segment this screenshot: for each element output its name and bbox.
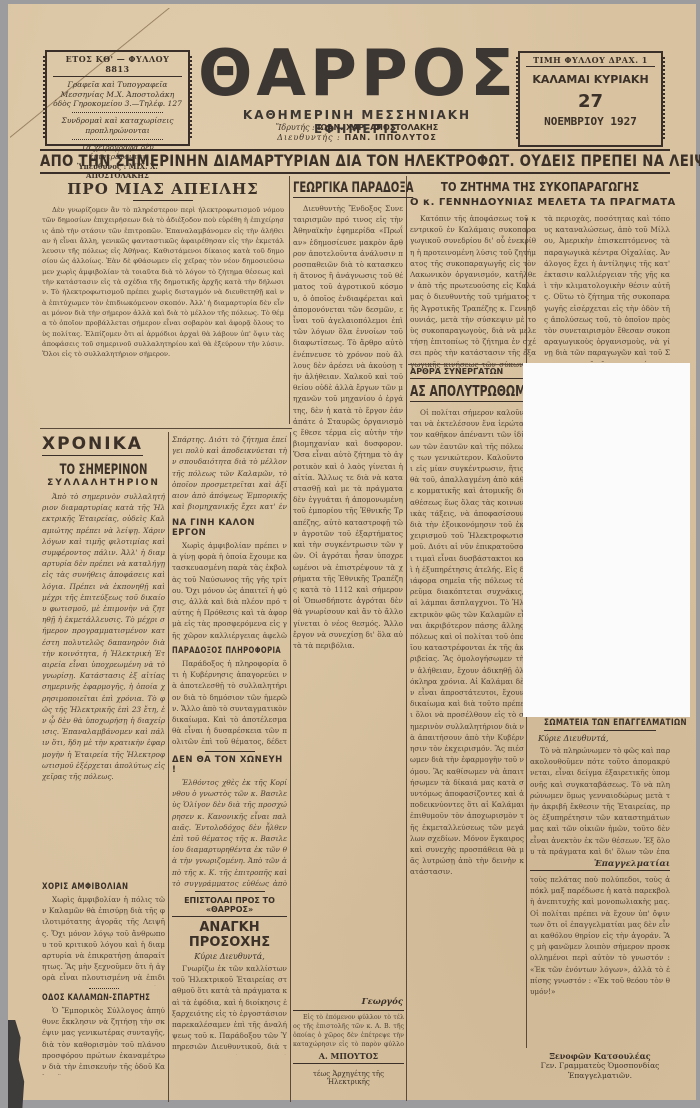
article-body: Ἀπὸ τὸ σημερινὸν συλλαλητήριον διαμαρτυρ… <box>42 491 165 876</box>
article-body: Ὁ Ἔμπορικὸς Σύλλογος ἀπηύθυνε ἔκκλησιν ν… <box>42 1005 165 1075</box>
founder-label: Ἵδρυτής : <box>276 123 315 132</box>
letter-signature-title: τέως Ἀρχηγέτης τῆς Ἠλεκτρικῆς <box>293 1070 404 1086</box>
letter-signature: Α. ΜΠΟΥΤΟΣ <box>293 1051 404 1061</box>
article-headline: ΠΑΡΑΔΟΞΟΣ ΠΛΗΡΟΦΟΡΙΑ <box>172 646 264 656</box>
divider <box>89 988 119 989</box>
article-headline: ΔΕΝ ΘΑ ΤΟΝ ΧΩΝΕΥΗ ! <box>172 755 287 775</box>
notice-text: Εἰς τὸ ἐπόμενον φύλλον τὸ τέλος τῆς ἐπισ… <box>293 1013 404 1051</box>
divider <box>133 200 193 201</box>
issue-number: ΕΤΟΣ ΚΘ' — ΦΥΛΛΟΥ 8813 <box>53 54 182 77</box>
newspaper-title: ΘΑΡΡΟΣ <box>198 42 516 106</box>
article-headline: ΝΑ ΓΙΝΗ ΚΑΛΟΝ ΕΡΓΟΝ <box>172 518 287 538</box>
price: ΤΙΜΗ ΦΥΛΛΟΥ ΔΡΑΧ. 1 <box>526 55 655 67</box>
banner-headline: ΑΠΟ ΤΗΝ ΣΗΜΕΡΙΝΗΝ ΔΙΑΜΑΡΤΥΡΙΑΝ ΔΙΑ ΤΟΝ Η… <box>40 152 670 170</box>
founder-name: ΙΩΑΝ. ΧΑΡ. ΑΠΟΣΤΟΛΑΚΗΣ <box>318 123 439 132</box>
ear-line: ὁδὸς Γηροκομείου 3.—Τηλέφ. 127 <box>53 99 182 109</box>
article-headline: ΑΣ ΑΠΟΛΥΤΡΩΘΩΜΕΝ <box>410 382 522 402</box>
place-weekday: ΚΑΛΑΜΑΙ ΚΥΡΙΑΚΗ <box>526 73 655 87</box>
masthead-left-ear: ΕΤΟΣ ΚΘ' — ΦΥΛΛΟΥ 8813 Γραφεῖα καὶ Τυπογ… <box>45 50 190 146</box>
article-body: Δὲν γνωρίζομεν ἂν τὸ πληρέστερον περὶ ἠλ… <box>42 205 284 429</box>
article-headline: ΠΡΟ ΜΙΑΣ ΑΠΕΙΛΗΣ <box>42 180 284 198</box>
column-rule <box>290 432 291 1102</box>
middle-column: Σπάρτης. Διότι τὸ ζήτημα ἐπείγει πολὺ κα… <box>172 434 287 1055</box>
article-colleagues: ΑΡΘΡΑ ΣΥΝΕΡΓΑΤΩΝ ΑΣ ΑΠΟΛΥΤΡΩΘΩΜΕΝ Οἱ πολ… <box>410 367 524 1107</box>
date-day: 27 <box>526 90 655 113</box>
article-kicker: ΕΠΙΣΤΟΛΑΙ ΠΡΟΣ ΤΟ «ΘΑΡΡΟΣ» <box>172 896 287 914</box>
article-body: Διευθυντὴς Ἔνδοξος Συνεταιρισμῶν πρό τιν… <box>293 203 403 995</box>
article-professionals: ΣΩΜΑΤΕΙΑ ΤΩΝ ΕΠΑΓΓΕΛΜΑΤΙΩΝ Κύριε Διευθυν… <box>530 718 670 1081</box>
letter-salutation: Κύριε Διευθυντά, <box>538 734 670 743</box>
article-farm: ΓΕΩΡΓΙΚΑ ΠΑΡΑΔΟΞΑ Διευθυντὴς Ἔνδοξος Συν… <box>293 180 403 1007</box>
blank-paper-patch <box>523 363 690 717</box>
section-title: ΧΡΟΝΙΚΑ <box>42 434 165 456</box>
column-rule <box>289 176 290 424</box>
article-body: Παράδοξος ἡ πληροφορία ὅτι ἡ Κυβέρνησις … <box>172 658 287 748</box>
divider <box>205 751 255 752</box>
article-headline: ΣΩΜΑΤΕΙΑ ΤΩΝ ΕΠΑΓΓΕΛΜΑΤΙΩΝ <box>544 718 656 731</box>
article-kicker: ΑΡΘΡΑ ΣΥΝΕΡΓΑΤΩΝ <box>410 367 524 376</box>
article-columns: Κατόπιν τῆς ἀποφάσεως τοῦ κεντρικοῦ ἐν Κ… <box>410 213 670 371</box>
director-name: ΠΑΝ. ΙΠΠΟΛΥΤΟΣ <box>345 133 437 142</box>
article-body: Οἱ πολίται σήμερον καλοῦνται νὰ ἐκτελέσο… <box>410 407 524 1107</box>
article-headline: ΤΟ ΖΗΤΗΜΑ ΤΗΣ ΣΥΚΟΠΑΡΑΓΩΓΗΣ <box>430 180 651 194</box>
ear-line: Συνδρομαὶ καὶ καταχωρίσεις <box>53 116 182 126</box>
divider <box>172 916 287 917</box>
divider <box>195 891 265 892</box>
notice-box: Εἰς τὸ ἐπόμενον φύλλον τὸ τέλος τῆς ἐπισ… <box>293 1010 404 1064</box>
article-subheadline: ΣΥΛΛΑΛΗΤΗΡΙΟΝ <box>42 478 165 488</box>
ear-line: Γραφεῖα καὶ Τυπογραφεῖα <box>53 80 182 90</box>
founder-line: Ἵδρυτής : ΙΩΑΝ. ΧΑΡ. ΑΠΟΣΤΟΛΑΚΗΣ <box>198 123 516 132</box>
article-headline: ΧΟΡΙΣ ΑΜΦΙΒΟΛΙΑΝ <box>42 882 140 892</box>
masthead-right-ear: ΤΙΜΗ ΦΥΛΛΟΥ ΔΡΑΧ. 1 ΚΑΛΑΜΑΙ ΚΥΡΙΑΚΗ 27 Ν… <box>518 51 663 147</box>
article-lead: ΠΡΟ ΜΙΑΣ ΑΠΕΙΛΗΣ Δὲν γνωρίζομεν ἂν τὸ πλ… <box>42 180 284 429</box>
article-body: Χωρὶς ἀμφιβολίαν ἡ πόλις τῶν Καλαμῶν θὰ … <box>42 894 165 986</box>
article-body: τοὺς πελάτας ποὺ πολύπεδοι, τοὺς ἀπόκλ μ… <box>530 874 670 1049</box>
letter-signature-title: Γεν. Γραμματεὺς Ὁμοσπονδίας Ἐπαγγελματιῶ… <box>530 1061 670 1081</box>
article-body: Γνωρίζω ἐκ τῶν καλλίστων τοῦ Ἠλεκτρικοῦ … <box>172 963 287 1055</box>
article-signature: Γεωργός <box>293 997 403 1007</box>
section-label: Ἐπαγγελματίαι <box>530 859 670 871</box>
article-figs: ΤΟ ΖΗΤΗΜΑ ΤΗΣ ΣΥΚΟΠΑΡΑΓΩΓΗΣ Ο κ. ΓΕΝΝΗΔΟ… <box>410 180 670 371</box>
article-headline: ΤΟ ΣΗΜΕΡΙΝΟΝ <box>59 462 148 478</box>
article-body: Χωρὶς ἀμφιβολίαν πρέπει νὰ γίνῃ φορὰ ἡ ὁ… <box>172 540 287 640</box>
letter-salutation: Κύριε Διευθυντά, <box>172 952 287 961</box>
article-headline: ΑΝΑΓΚΗ ΠΡΟΣΟΧΗΣ <box>172 920 287 950</box>
date-month-year: ΝΟΕΜΒΡΙΟΥ 1927 <box>526 115 655 129</box>
column-rule <box>406 176 407 1101</box>
article-subheadline: Ο κ. ΓΕΝΝΗΔΟΥΝΙΑΣ ΜΕΛΕΤΑ ΤΑ ΠΡΑΓΜΑΤΑ <box>410 197 670 208</box>
article-body: Ἐλθόντος χθὲς ἐκ τῆς Κορίνθου ὁ γνωστὸς … <box>172 777 287 887</box>
column-rule <box>168 432 169 1102</box>
article-headline: ΓΕΩΡΓΙΚΑ ΠΑΡΑΔΟΞΑ <box>293 180 401 198</box>
article-body: Κατόπιν τῆς ἀποφάσεως τοῦ κεντρικοῦ ἐν Κ… <box>410 213 670 371</box>
article-body: Τὸ νὰ πληρώνωμεν τὸ φῶς καὶ παρακολουθοῦ… <box>530 745 670 857</box>
article-chronicle: ΧΡΟΝΙΚΑ ΤΟ ΣΗΜΕΡΙΝΟΝ ΣΥΛΛΑΛΗΤΗΡΙΟΝ Ἀπὸ τ… <box>42 434 165 1075</box>
masthead-rule <box>40 149 670 151</box>
article-continuation: Σπάρτης. Διότι τὸ ζήτημα ἐπείγει πολὺ κα… <box>172 434 287 512</box>
director-line: Διευθυντής : ΠΑΝ. ΙΠΠΟΛΥΤΟΣ <box>198 133 516 142</box>
letter-signature: Ξενοφῶν Κατσουλέας <box>530 1051 670 1061</box>
section-rule <box>408 364 526 365</box>
banner-rule <box>40 172 670 174</box>
ear-line: Μεσσηνίας Μ.Χ. Ἀποστολάκη <box>53 90 182 100</box>
article-headline: ΟΔΟΣ ΚΑΛΑΜΩΝ-ΣΠΑΡΤΗΣ <box>42 993 134 1003</box>
divider <box>72 139 162 140</box>
divider <box>72 112 162 113</box>
ear-line: προπληρώνονται <box>53 126 182 136</box>
divider <box>410 378 524 379</box>
director-label: Διευθυντής : <box>277 133 341 142</box>
